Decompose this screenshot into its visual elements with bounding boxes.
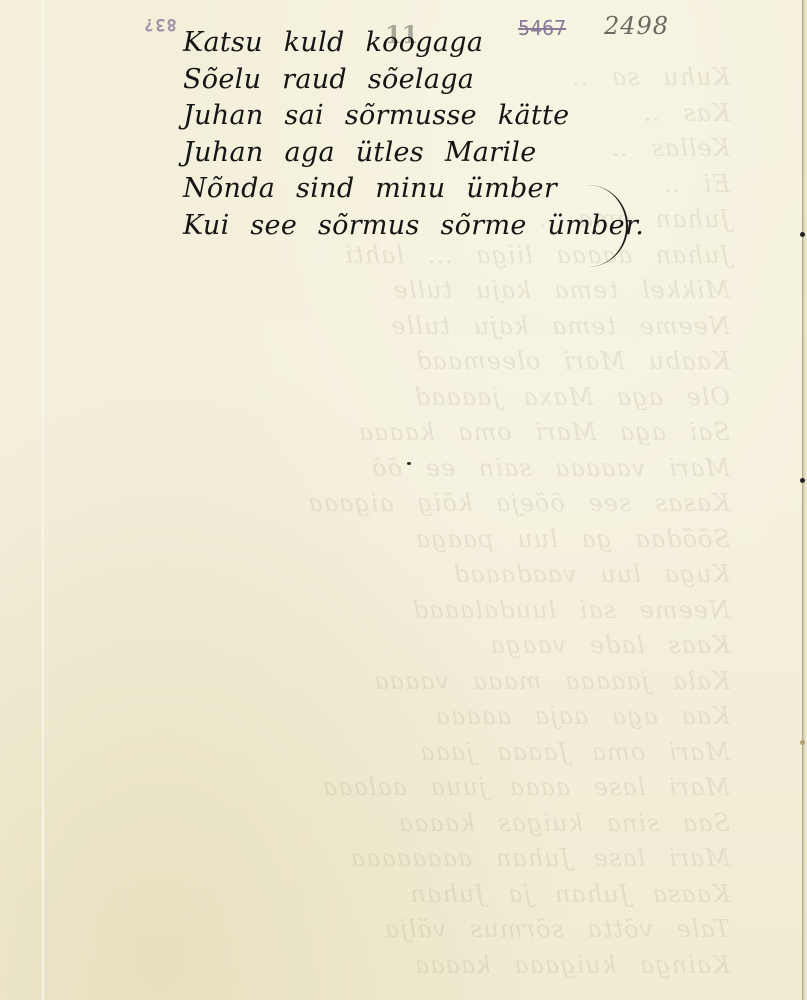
paper-fold-line <box>42 0 45 1000</box>
bleed-line: Sõõdaa ga luu paaga <box>307 522 730 558</box>
paper-right-edge <box>802 0 807 1000</box>
ink-speck <box>407 462 411 465</box>
bleed-line: Mikkel tema kaju tulle <box>307 273 730 309</box>
bleed-line: Tale võtta sõrmus välja <box>307 912 730 948</box>
bleed-line: Kasas see õõeja kõig aigaaa <box>307 486 730 522</box>
manuscript-page: Kuhu sa .. Kas .. Kellas .. Ei .. Juhan … <box>0 0 807 1000</box>
poem-line: Kui see sõrmus sõrme ümber. <box>183 208 644 245</box>
edge-mark <box>800 740 805 745</box>
bleed-line: Kaasa Juhan ja Juhan <box>307 877 730 913</box>
bleed-line: Ole aga Maxa jaaaad <box>307 380 730 416</box>
bleed-line: Kala jaaaaa maaa vaaaa <box>307 664 730 700</box>
edge-mark <box>800 232 805 237</box>
poem-text: Katsu kuld koogaga Sõelu raud sõelaga Ju… <box>183 25 644 244</box>
bleed-line: Kaabu Mari oleemaad <box>307 344 730 380</box>
poem-line: Katsu kuld koogaga <box>183 25 644 62</box>
bleed-line: Mari lase aaaa juua aalaaa <box>307 770 730 806</box>
bleed-line: Kaa aga aaja aaaaa <box>307 699 730 735</box>
bleed-line: Neeme sai luudalaaad <box>307 593 730 629</box>
poem-line: Sõelu raud sõelaga <box>183 62 644 99</box>
bleed-line: Kainga kuigaaa kaaaa <box>307 948 730 984</box>
bleed-line: Kuga luu vaadaaad <box>307 557 730 593</box>
edge-mark <box>800 478 805 483</box>
bleed-line: Sai aga Mari oma kaaaa <box>307 415 730 451</box>
bleed-line: Mari vaaaaa sain ee õõ <box>307 451 730 487</box>
poem-line: Juhan sai sõrmusse kätte <box>183 98 644 135</box>
poem-line: Nõnda sind minu ümber <box>183 171 644 208</box>
archive-stamp: 83? <box>143 14 177 34</box>
bleed-line: Neeme tema kaju tulle <box>307 309 730 345</box>
poem-line: Juhan aga ütles Marile <box>183 135 644 172</box>
bleed-line: Mari oma Jaaaa jaaa <box>307 735 730 771</box>
bleed-line: Kaas lade vaaga <box>307 628 730 664</box>
bleed-line: Mari lase Juhan aaaaaaaa <box>307 841 730 877</box>
bleed-line: Saa sina kuigas kaaaa <box>307 806 730 842</box>
